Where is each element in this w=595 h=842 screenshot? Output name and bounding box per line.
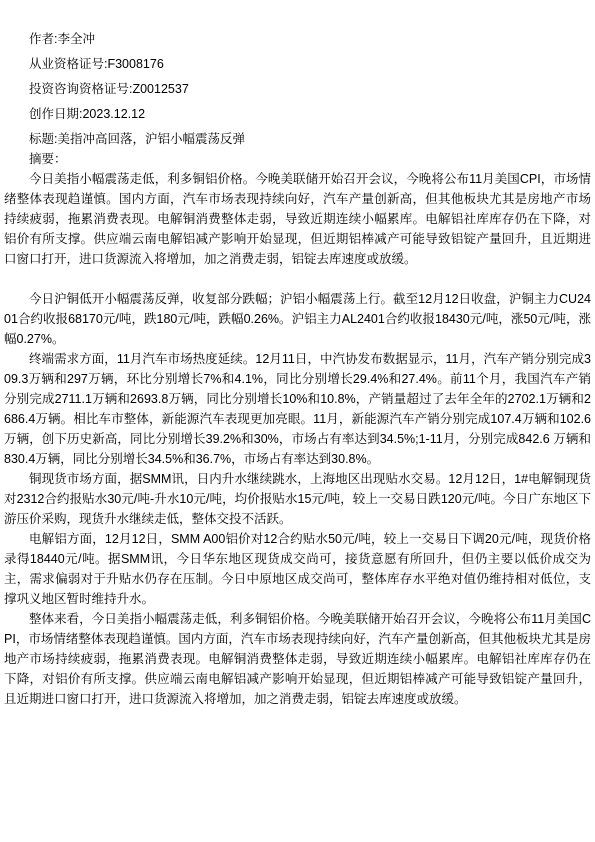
- advisory-cert-line: 投资咨询资格证号:Z0012537: [4, 79, 591, 99]
- creation-date-line: 创作日期:2023.12.12: [4, 104, 591, 124]
- body-paragraph-aluminum-spot: 电解铝方面，12月12日，SMM A00铝价对12合约贴水50元/吨，较上一交易…: [4, 529, 591, 609]
- report-body: 摘要： 今日美指小幅震荡走低，利多铜铝价格。今晚美联储开始召开会议，今晚将公布1…: [4, 149, 591, 709]
- body-paragraph-terminal-demand: 终端需求方面，11月汽车市场热度延续。12月11日，中汽协发布数据显示，11月，…: [4, 349, 591, 469]
- body-paragraph-market-close: 今日沪铜低开小幅震荡反弹，收复部分跌幅；沪铝小幅震荡上行。截至12月12日收盘，…: [4, 289, 591, 349]
- body-paragraph-copper-spot: 铜现货市场方面，据SMM讯，日内升水继续跳水，上海地区出现贴水交易。12月12日…: [4, 469, 591, 529]
- report-title-line: 标题:美指冲高回落，沪铝小幅震荡反弹: [4, 129, 591, 149]
- summary-paragraph: 今日美指小幅震荡走低，利多铜铝价格。今晚美联储开始召开会议，今晚将公布11月美国…: [4, 169, 591, 269]
- author-line: 作者:李全冲: [4, 29, 591, 49]
- body-paragraph-overall-outlook: 整体来看，今日美指小幅震荡走低，利多铜铝价格。今晚美联储开始召开会议，今晚将公布…: [4, 609, 591, 709]
- practice-cert-line: 从业资格证号:F3008176: [4, 54, 591, 74]
- report-header: 作者:李全冲 从业资格证号:F3008176 投资咨询资格证号:Z0012537…: [4, 29, 591, 149]
- summary-label: 摘要：: [4, 149, 591, 169]
- document-page: 作者:李全冲 从业资格证号:F3008176 投资咨询资格证号:Z0012537…: [0, 0, 595, 842]
